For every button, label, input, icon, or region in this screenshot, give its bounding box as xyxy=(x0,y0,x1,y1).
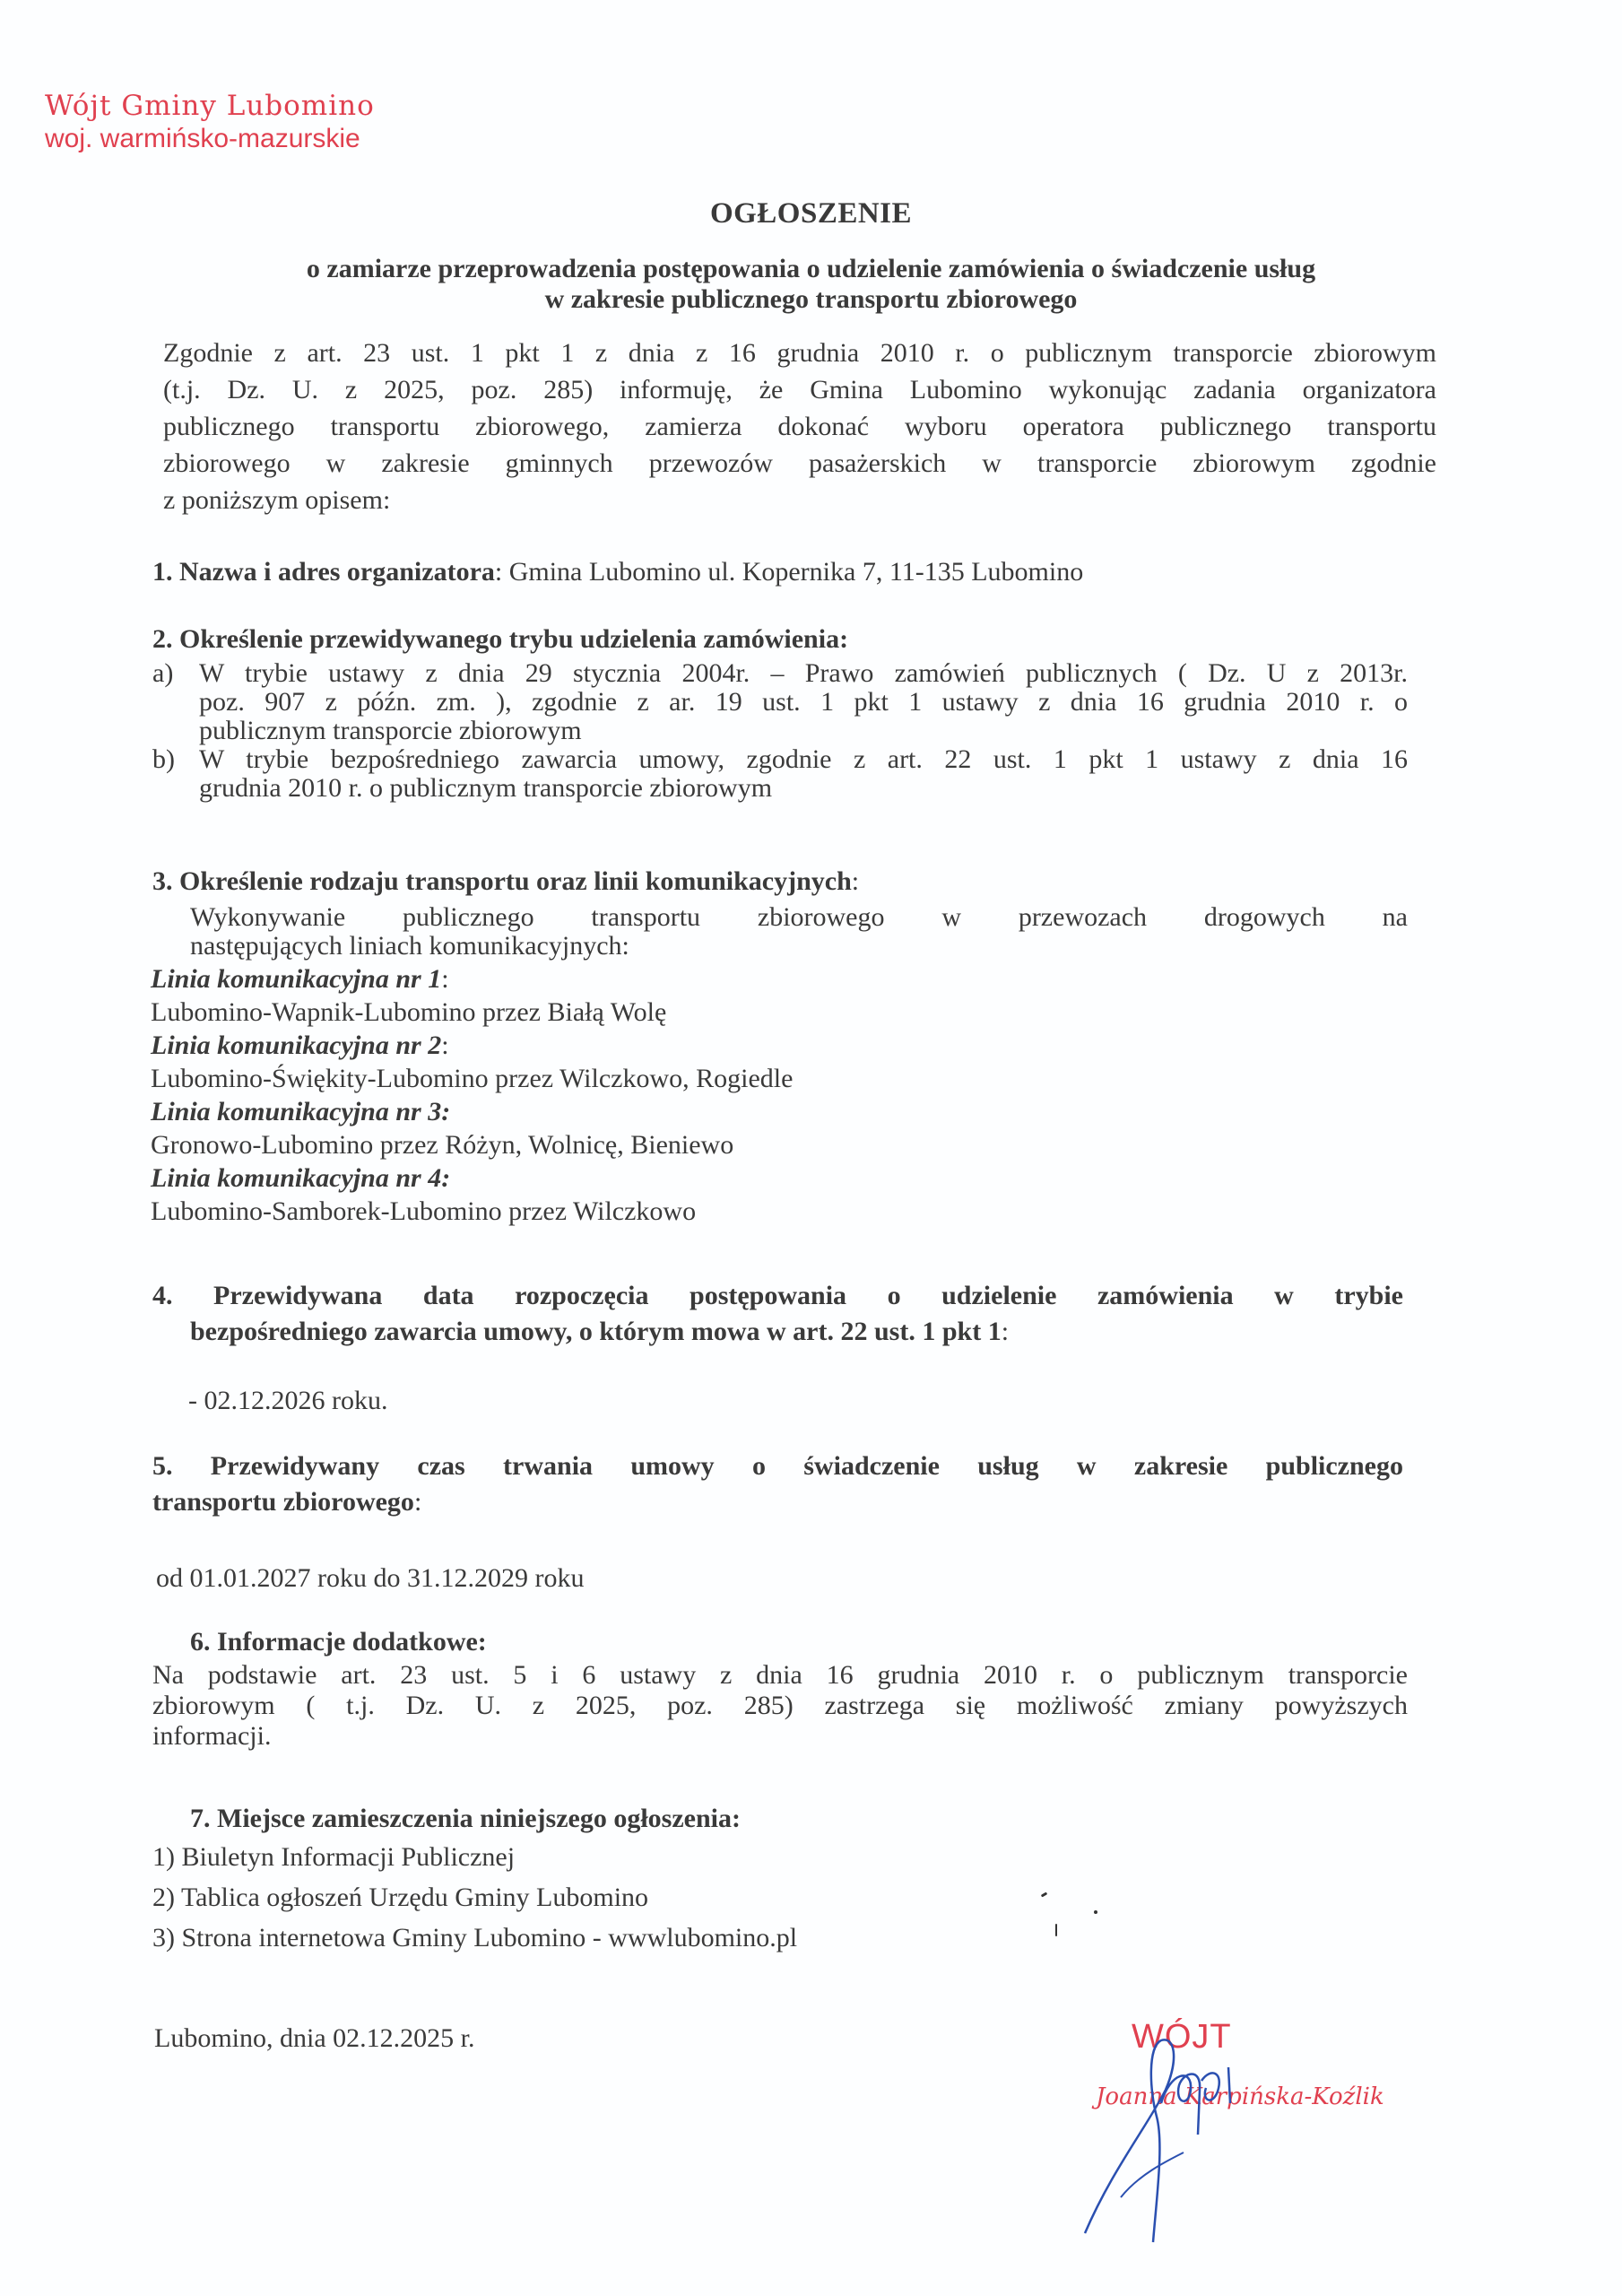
document-subtitle: o zamiarze przeprowadzenia postępowania … xyxy=(0,254,1622,315)
section-7-heading: 7. Miejsce zamieszczenia niniejszego ogł… xyxy=(152,1803,1408,1835)
handwritten-signature-icon xyxy=(1067,2018,1273,2251)
transport-line-1: Linia komunikacyjna nr 1: Lubomino-Wapni… xyxy=(151,962,1408,1029)
section-1-organizer: 1. Nazwa i adres organizatora: Gmina Lub… xyxy=(152,553,1083,590)
stamp-line-2: woj. warmińsko-mazurskie xyxy=(45,124,375,154)
publication-list: 1) Biuletyn Informacji Publicznej 2) Tab… xyxy=(152,1837,1408,1958)
option-a-line: poz. 907 z późn. zm. ), zgodnie z ar. 19… xyxy=(199,688,1408,717)
transport-line-3: Linia komunikacyjna nr 3: Gronowo-Lubomi… xyxy=(151,1095,1408,1161)
info-line: Na podstawie art. 23 ust. 5 i 6 ustawy z… xyxy=(152,1660,1408,1691)
section-6-body: Na podstawie art. 23 ust. 5 i 6 ustawy z… xyxy=(152,1660,1408,1752)
transport-line-list: Linia komunikacyjna nr 1: Lubomino-Wapni… xyxy=(151,962,1408,1228)
intro-line: Zgodnie z art. 23 ust. 1 pkt 1 z dnia z … xyxy=(163,335,1436,371)
section-3-transport-lines: 3. Określenie rodzaju transportu oraz li… xyxy=(152,865,1408,1228)
option-a-line: W trybie ustawy z dnia 29 stycznia 2004r… xyxy=(199,659,1408,688)
line-3-label: Linia komunikacyjna nr 3: xyxy=(151,1097,450,1126)
stamp-line-1: Wójt Gminy Lubomino xyxy=(45,90,375,122)
option-a-marker: a) xyxy=(152,659,199,745)
start-date-value: - 02.12.2026 roku. xyxy=(152,1382,1403,1419)
section-4-heading-text: bezpośredniego zawarcia umowy, o którym … xyxy=(190,1317,1002,1346)
section-5-heading-text: transportu zbiorowego xyxy=(152,1487,414,1517)
section-1-label: 1. Nazwa i adres organizatora xyxy=(152,557,495,587)
section-3-heading-text: 3. Określenie rodzaju transportu oraz li… xyxy=(152,866,852,896)
description-line: następujących liniach komunikacyjnych: xyxy=(190,932,1408,961)
section-7-publication-places: 7. Miejsce zamieszczenia niniejszego ogł… xyxy=(152,1803,1408,1958)
section-2-heading: 2. Określenie przewidywanego trybu udzie… xyxy=(152,623,1408,656)
procedure-option-b: b) W trybie bezpośredniego zawarcia umow… xyxy=(152,745,1408,803)
option-b-line: W trybie bezpośredniego zawarcia umowy, … xyxy=(199,745,1408,774)
section-5-contract-duration: 5. Przewidywany czas trwania umowy o świ… xyxy=(152,1448,1403,1596)
section-5-heading-colon: : xyxy=(414,1487,421,1517)
subtitle-line-2: w zakresie publicznego transportu zbioro… xyxy=(0,284,1622,315)
section-5-heading-line-1: 5. Przewidywany czas trwania umowy o świ… xyxy=(152,1448,1403,1484)
description-line: Wykonywanie publicznego transportu zbior… xyxy=(190,903,1408,932)
section-4-heading-line-1: 4. Przewidywana data rozpoczęcia postępo… xyxy=(152,1278,1403,1314)
publication-item: 2) Tablica ogłoszeń Urzędu Gminy Lubomin… xyxy=(152,1877,1408,1918)
transport-line-4: Linia komunikacyjna nr 4: Lubomino-Sambo… xyxy=(151,1161,1408,1228)
section-4-heading-colon: : xyxy=(1002,1317,1009,1346)
intro-line: (t.j. Dz. U. z 2025, poz. 285) informuję… xyxy=(163,371,1436,408)
intro-line: publicznego transportu zbiorowego, zamie… xyxy=(163,408,1436,445)
section-3-heading-colon: : xyxy=(852,866,859,896)
line-1-label: Linia komunikacyjna nr 1 xyxy=(151,964,441,994)
info-line: zbiorowym ( t.j. Dz. U. z 2025, poz. 285… xyxy=(152,1691,1408,1721)
line-2-colon: : xyxy=(441,1031,448,1060)
line-4-label: Linia komunikacyjna nr 4: xyxy=(151,1163,450,1193)
office-stamp: Wójt Gminy Lubomino woj. warmińsko-mazur… xyxy=(45,90,375,154)
section-4-start-date: 4. Przewidywana data rozpoczęcia postępo… xyxy=(152,1278,1403,1419)
section-5-heading-line-2: transportu zbiorowego: xyxy=(152,1484,1403,1520)
section-6-additional-info: 6. Informacje dodatkowe: Na podstawie ar… xyxy=(152,1626,1408,1752)
section-3-heading: 3. Określenie rodzaju transportu oraz li… xyxy=(152,865,1408,898)
document-title: OGŁOSZENIE xyxy=(0,197,1622,230)
line-2-label: Linia komunikacyjna nr 2 xyxy=(151,1031,441,1060)
option-b-marker: b) xyxy=(152,745,199,803)
line-3-route: Gronowo-Lubomino przez Różyn, Wolnicę, B… xyxy=(151,1128,1408,1161)
publication-item: 3) Strona internetowa Gminy Lubomino - w… xyxy=(152,1918,1408,1958)
subtitle-line-1: o zamiarze przeprowadzenia postępowania … xyxy=(0,254,1622,284)
contract-duration-value: od 01.01.2027 roku do 31.12.2029 roku xyxy=(152,1560,1403,1596)
line-1-colon: : xyxy=(441,964,448,994)
section-3-description: Wykonywanie publicznego transportu zbior… xyxy=(152,903,1408,961)
info-line: informacji. xyxy=(152,1721,1408,1752)
option-a-line: publicznym transporcie zbiorowym xyxy=(199,717,1408,745)
section-4-heading-line-2: bezpośredniego zawarcia umowy, o którym … xyxy=(152,1314,1403,1350)
line-2-route: Lubomino-Świękity-Lubomino przez Wilczko… xyxy=(151,1062,1408,1095)
intro-paragraph: Zgodnie z art. 23 ust. 1 pkt 1 z dnia z … xyxy=(163,335,1436,518)
scan-speck xyxy=(1094,1910,1097,1914)
procedure-option-a: a) W trybie ustawy z dnia 29 stycznia 20… xyxy=(152,659,1408,745)
publication-item: 1) Biuletyn Informacji Publicznej xyxy=(152,1837,1408,1877)
scan-speck xyxy=(1055,1924,1057,1936)
intro-line: zbiorowego w zakresie gminnych przewozów… xyxy=(163,445,1436,482)
place-and-date: Lubomino, dnia 02.12.2025 r. xyxy=(154,2020,474,2057)
section-6-heading: 6. Informacje dodatkowe: xyxy=(152,1626,1408,1658)
transport-line-2: Linia komunikacyjna nr 2: Lubomino-Święk… xyxy=(151,1029,1408,1095)
section-2-procedure: 2. Określenie przewidywanego trybu udzie… xyxy=(152,623,1408,803)
section-1-value: : Gmina Lubomino ul. Kopernika 7, 11-135… xyxy=(495,557,1083,587)
line-1-route: Lubomino-Wapnik-Lubomino przez Białą Wol… xyxy=(151,996,1408,1029)
option-b-line: grudnia 2010 r. o publicznym transporcie… xyxy=(199,774,1408,803)
intro-line: z poniższym opisem: xyxy=(163,482,1436,518)
line-4-route: Lubomino-Samborek-Lubomino przez Wilczko… xyxy=(151,1195,1408,1228)
